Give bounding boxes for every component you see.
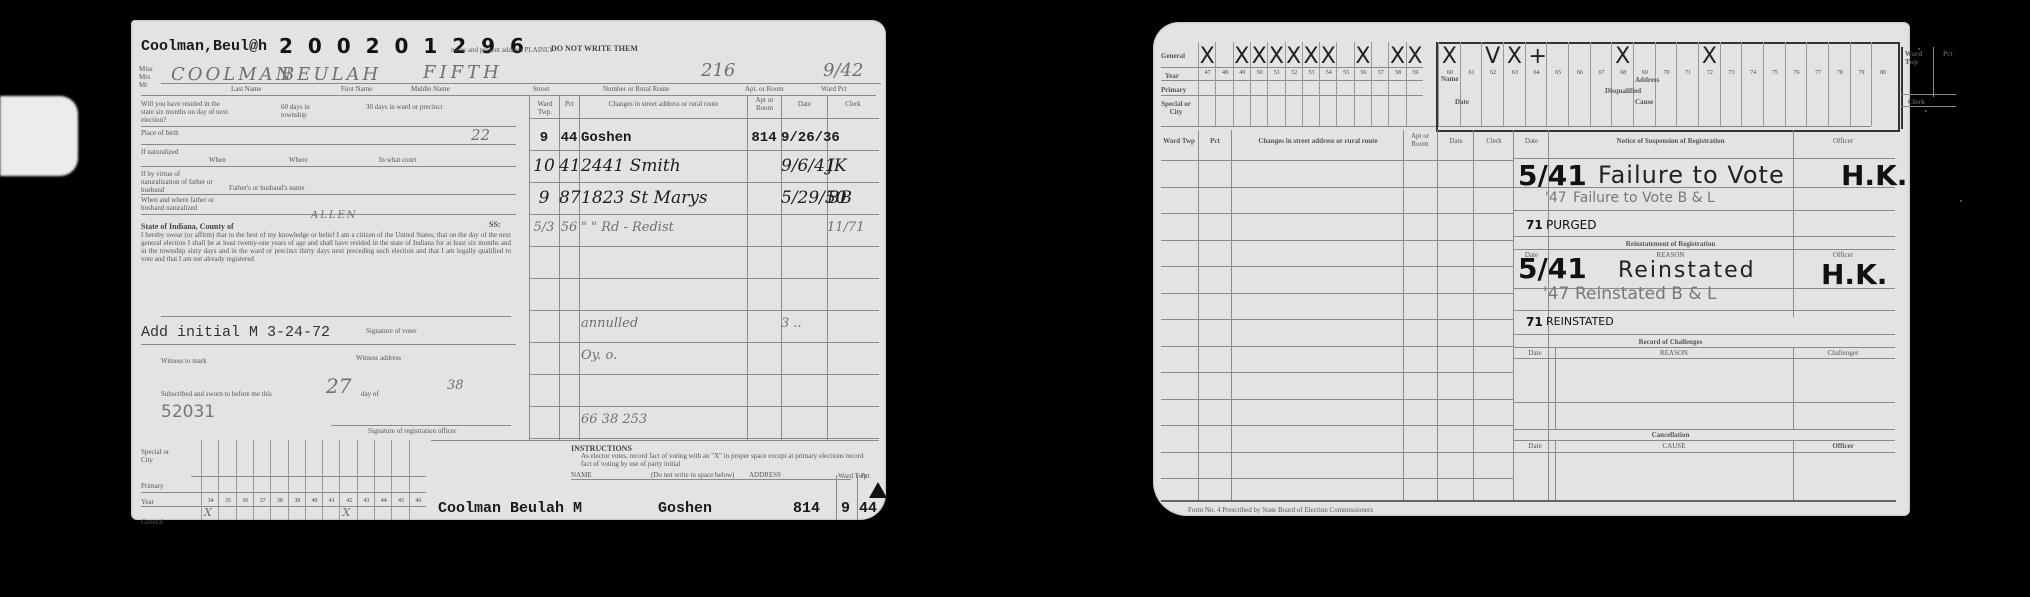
subscribed-day: 27 [326, 374, 351, 398]
front-vote-grid: 34X3536373839404142X43444546 [201, 440, 426, 520]
form-footer: Form No. 4 Prescribed by State Board of … [1188, 506, 1373, 514]
vote-column: 64+ [1525, 42, 1548, 126]
table-row-line [1161, 452, 1513, 453]
voter-registration-card-back: General Year Primary Special or City 47X… [1153, 22, 1910, 516]
general-vote-mark: X [1234, 44, 1249, 70]
table-row-line [1161, 399, 1513, 400]
year-label: 66 [1570, 70, 1590, 76]
header-pct: Pct [560, 100, 579, 108]
general-vote-mark: X [1269, 44, 1284, 70]
suspension-3-reason: PURGED [1546, 218, 1596, 232]
year-label: 70 [1656, 70, 1676, 76]
suspension-officer-label: Officer [1793, 137, 1893, 145]
cancellation-officer-label: Officer [1793, 442, 1893, 450]
year-label: 75 [1765, 70, 1785, 76]
year-label: 73 [1721, 70, 1741, 76]
disq-address-label: Address [1635, 76, 1659, 84]
table-row: annulled3 .. [529, 310, 879, 343]
vote-column: 76 [1785, 42, 1808, 126]
cell-ward: 9 [529, 130, 559, 146]
vote-column: 36 [236, 440, 254, 520]
vote-column: 39 [288, 440, 306, 520]
cell-address: annulled [581, 316, 746, 331]
back-header-address: Changes in street address or rural route [1233, 137, 1403, 145]
vote-column: 51X [1267, 42, 1285, 126]
vote-column: 57 [1371, 42, 1389, 126]
year-label: 61 [1461, 70, 1481, 76]
cell-address: Oy. o. [581, 348, 746, 363]
label-when: When [209, 156, 226, 164]
last-name-value: COOLMAN [171, 64, 294, 85]
triangle-marker-icon [869, 482, 887, 498]
vote-column: 34X [201, 440, 219, 520]
row-label-year: Year [141, 498, 154, 506]
punch-hole [108, 464, 126, 482]
back-clerk-label: Clerk [1908, 98, 1925, 106]
table-row-line [1161, 425, 1513, 426]
table-row-line [1161, 240, 1513, 241]
row-label-general: General [141, 518, 163, 526]
table-row: 5/356" " Rd - Redist11/71 [529, 214, 879, 247]
cell-date: 5/29/50 [781, 188, 827, 208]
label-ward: Ward Pct [821, 85, 847, 93]
back-pct-label: Pct [1943, 50, 1953, 58]
adjacent-card-edge [0, 96, 78, 176]
table-row: 944Goshen8149/26/36 [529, 118, 879, 151]
q-state-residence: Will you have resided in the state six m… [141, 100, 231, 124]
suspension-2-reason: Failure to Vote B & L [1573, 190, 1715, 206]
vote-column: 50X [1250, 42, 1268, 126]
general-vote-mark: X [1390, 44, 1405, 70]
reinstatement-1-reason: Reinstated [1618, 258, 1756, 283]
disq-disqualified-label: Disqualified [1605, 87, 1641, 95]
vote-column: 40 [305, 440, 323, 520]
header-instruction: name and present address PLAINLY [451, 46, 554, 54]
vote-column: 71 [1676, 42, 1699, 126]
vote-column: 62V [1481, 42, 1504, 126]
table-row [529, 278, 879, 311]
cancellation-cause-label: CAUSE [1555, 442, 1793, 450]
vote-column: 60X [1438, 42, 1461, 126]
reinstatement-3-reason: REINSTATED [1546, 315, 1614, 328]
vote-column: 43 [357, 440, 375, 520]
vote-column: 72X [1698, 42, 1721, 126]
cell-pct: 56 [559, 220, 579, 235]
general-vote-mark: X [1200, 44, 1215, 70]
reinstatement-title: Reinstatement of Registration [1548, 240, 1793, 248]
age-value: 22 [471, 126, 490, 144]
vote-column: 59X [1406, 42, 1424, 126]
general-vote-mark: X [1321, 44, 1336, 70]
row-label-primary: Primary [141, 482, 164, 490]
year-label: 46 [408, 498, 428, 504]
vote-column: 74 [1741, 42, 1764, 126]
vote-column: 37 [253, 440, 271, 520]
cell-address: " " Rd - Redist [581, 220, 746, 235]
label-footer-pct: Pct [861, 472, 870, 480]
header-apt: Apt or Room [748, 96, 781, 112]
footer-address: Goshen [658, 500, 712, 517]
cell-address: 1823 St Marys [581, 188, 746, 208]
vote-column: 61 [1460, 42, 1483, 126]
reinstatement-1-date: 5/41 [1518, 252, 1587, 285]
year-label: 67 [1591, 70, 1611, 76]
cell-address: 2441 Smith [581, 156, 746, 176]
back-header-clerk: Clerk [1475, 137, 1513, 145]
header-notice: DO NOT WRITE THEM [551, 44, 638, 53]
year-label: 78 [1830, 70, 1850, 76]
year-label: 77 [1808, 70, 1828, 76]
cancellation-date-label: Date [1515, 442, 1555, 450]
back-vote-grid-1960-1980: 60X6162V63X64+65666768X69707172X73747576… [1438, 42, 1893, 126]
year-label: 64 [1526, 70, 1546, 76]
ward-pct-value: 9/42 [823, 60, 863, 81]
vote-column: 69 [1633, 42, 1656, 126]
disq-cause-label: Cause [1635, 98, 1653, 106]
label-subscribed: Subscribed and sworn to before me this [161, 390, 272, 398]
vote-column: 68X [1611, 42, 1634, 126]
disq-name-label: Name [1441, 75, 1459, 83]
year-label: 63 [1505, 70, 1525, 76]
back-header-apt: Apt or Room [1405, 132, 1435, 148]
table-row-line [1161, 213, 1513, 214]
footer-name: Coolman Beulah M [438, 500, 582, 517]
challenges-date-label: Date [1515, 349, 1555, 357]
table-row [529, 374, 879, 407]
year-label: 59 [1405, 70, 1425, 76]
reinstatement-1-officer: H.K. [1821, 258, 1887, 291]
back-header-date: Date [1439, 137, 1473, 145]
typed-name: Coolman,Beul@h [141, 38, 267, 55]
vote-column: 54X [1319, 42, 1337, 126]
back-header-ward: Ward Twp [1161, 137, 1197, 145]
vote-column: 46 [409, 440, 427, 520]
vote-column: 44 [374, 440, 392, 520]
table-row-line [1161, 266, 1513, 267]
table-row: Oy. o. [529, 342, 879, 375]
cell-ward: 5/3 [529, 220, 559, 235]
vote-column: 67 [1590, 42, 1613, 126]
year-label: 74 [1743, 70, 1763, 76]
year-label: 80 [1873, 70, 1893, 76]
label-apt: Apt. or Room [745, 85, 784, 93]
vote-column: 47X [1198, 42, 1216, 126]
footer-number: 814 [793, 500, 820, 517]
cell-pct: 87 [559, 188, 579, 208]
vote-column: 48 [1215, 42, 1233, 126]
suspension-title: Notice of Suspension of Registration [1548, 137, 1793, 145]
table-row: 9871823 St Marys5/29/50BB [529, 182, 879, 215]
label-registration-officer: Signature of registration officer [368, 427, 456, 435]
general-vote-mark: X [1507, 44, 1522, 70]
annotation-add-initial: Add initial M 3-24-72 [141, 324, 330, 341]
title-mr: Mr [139, 81, 148, 89]
label-place-of-birth: Place of birth [141, 129, 181, 137]
table-row-line [1161, 187, 1513, 188]
footer-pct: 44 [859, 500, 877, 517]
header-address-change: Changes in street address or rural route [581, 100, 746, 108]
vote-column: 80 [1871, 42, 1894, 126]
general-vote-mark: X [1702, 44, 1717, 70]
table-row-line [1161, 478, 1513, 479]
year-label: 65 [1548, 70, 1568, 76]
q-ward-residence: 30 days in ward or precinct [366, 103, 446, 111]
house-number-value: 216 [701, 60, 735, 81]
label-first-name: First Name [341, 85, 372, 93]
cell-clerk: JK [827, 156, 877, 176]
header-ward: Ward Twp. [531, 100, 559, 116]
title-mrs: Mrs [139, 73, 150, 81]
cell-date: 3 .. [781, 316, 827, 331]
label-naturalized: If naturalized [141, 148, 181, 156]
table-row-line [1161, 160, 1513, 161]
suspension-date-label: Date [1515, 137, 1548, 145]
vote-column: 63X [1503, 42, 1526, 126]
cell-ward: 10 [529, 156, 559, 176]
label-middle-name: Middle Name [411, 85, 450, 93]
label-last-name: Last Name [231, 85, 262, 93]
challenges-reason-label: REASON [1555, 349, 1793, 357]
vote-column: 77 [1806, 42, 1829, 126]
row-label-special: Special or City [141, 448, 171, 464]
row-label-year-back: Year [1165, 72, 1179, 80]
label-where-father-naturalized: When and where father or husband natural… [141, 196, 236, 212]
label-day-of: day of [361, 390, 379, 398]
label-footer-address: ADDRESS [749, 471, 781, 479]
general-vote-mark: X [1286, 44, 1301, 70]
voter-registration-card-front: Coolman,Beul@h 2 0 0 2 0 1 2 9 6 name an… [131, 20, 886, 520]
reinstatement-3-date: 71 [1526, 315, 1543, 329]
cell-pct: 44 [559, 130, 579, 146]
cell-clerk: 11/71 [827, 220, 877, 235]
cell-address: Goshen [581, 130, 746, 146]
vote-column: 38 [270, 440, 288, 520]
cell-pct: 41 [559, 156, 579, 176]
cell-date: 9/26/36 [781, 130, 827, 146]
general-vote-mark: X [1442, 44, 1457, 70]
table-row-line [1161, 319, 1513, 320]
table-row [529, 246, 879, 279]
general-vote-mark: X [342, 506, 350, 519]
cell-date: 9/6/41 [781, 156, 827, 176]
table-row-line [1161, 372, 1513, 373]
row-label-general-back: General [1161, 52, 1185, 60]
vote-column: 78 [1828, 42, 1851, 126]
vote-column: 35 [218, 440, 236, 520]
label-number: Number or Rural Route [603, 85, 669, 93]
oath-text: I hereby swear (or affirm) that to the b… [141, 231, 511, 263]
instructions-text: As elector votes, record fact of voting … [581, 452, 871, 468]
first-name-value: BEULAH [281, 64, 381, 85]
stamp-number: 52031 [161, 402, 215, 422]
q-township-residence: 60 days in township [281, 103, 336, 119]
year-label: 79 [1851, 70, 1871, 76]
row-label-special-back: Special or City [1159, 100, 1193, 116]
vote-column: 75 [1763, 42, 1786, 126]
county-value: ALLEN [311, 210, 358, 221]
subscribed-year: 38 [447, 378, 464, 393]
year-label: 76 [1786, 70, 1806, 76]
cell-clerk: BB [827, 188, 877, 208]
footer-ward: 9 [841, 500, 850, 517]
header-clerk: Clerk [828, 100, 878, 108]
vote-column: 53X [1302, 42, 1320, 126]
general-vote-mark: X [1407, 44, 1422, 70]
vote-column: 58X [1388, 42, 1406, 126]
cell-address: 66 38 253 [581, 412, 746, 427]
vote-column: 55 [1336, 42, 1354, 126]
label-footer-name: NAME [571, 471, 592, 479]
challenges-challenger-label: Challenger [1793, 349, 1893, 357]
vote-column: 41 [322, 440, 340, 520]
suspension-3-date: 71 [1526, 218, 1543, 232]
table-row: 10412441 Smith9/6/41JK [529, 150, 879, 183]
general-vote-mark: X [204, 506, 212, 519]
cancellation-title: Cancellation [1548, 431, 1793, 439]
vote-column: 52X [1285, 42, 1303, 126]
row-label-primary-back: Primary [1161, 86, 1186, 94]
vote-column: 45 [391, 440, 409, 520]
back-ward-label: Ward Twp [1905, 50, 1925, 66]
vote-column: 70 [1655, 42, 1678, 126]
year-label: 62 [1483, 70, 1503, 76]
reinstatement-2-reason: Reinstated B & L [1575, 284, 1716, 304]
vote-column: 56X [1354, 42, 1372, 126]
vote-column: 65 [1546, 42, 1569, 126]
vote-column: 79 [1850, 42, 1873, 126]
label-do-not-write: (Do not write in space below) [651, 471, 734, 479]
year-label: 72 [1700, 70, 1720, 76]
suspension-1-reason: Failure to Vote [1598, 161, 1785, 189]
general-vote-mark: + [1528, 44, 1546, 70]
cell-apt: 814 [747, 130, 781, 146]
ss-label: SS: [489, 220, 501, 229]
label-where: Where [289, 156, 308, 164]
back-header-pct: Pct [1199, 137, 1231, 145]
reinstatement-2-date: '47 [1543, 284, 1569, 304]
label-father-name: Father's or husband's name [229, 184, 304, 192]
vote-column: 49X [1233, 42, 1251, 126]
back-vote-grid-1947-1959: 47X4849X50X51X52X53X54X5556X5758X59X [1198, 42, 1423, 126]
general-vote-mark: X [1303, 44, 1318, 70]
general-vote-mark: X [1355, 44, 1370, 70]
label-court: In what court [379, 156, 416, 164]
label-father-naturalization: If by virtue of naturalization of father… [141, 170, 216, 194]
cell-ward: 9 [529, 188, 559, 208]
state-county-line: State of Indiana, County of [141, 222, 234, 231]
label-signature-voter: Signature of voter [366, 327, 417, 335]
disq-date-label: Date [1455, 98, 1469, 106]
label-witness-address: Witness address [356, 354, 401, 362]
label-street: Street [533, 85, 549, 93]
table-row-line [1161, 346, 1513, 347]
header-date: Date [782, 100, 827, 108]
general-vote-mark: V [1485, 44, 1500, 70]
year-label: 68 [1613, 70, 1633, 76]
table-row-line [1161, 293, 1513, 294]
general-vote-mark: X [1615, 44, 1630, 70]
vote-column: 42X [339, 440, 357, 520]
street-value: FIFTH [423, 62, 503, 83]
vote-column: 66 [1568, 42, 1591, 126]
general-vote-mark: X [1252, 44, 1267, 70]
table-row: 66 38 253 [529, 406, 879, 439]
suspension-2-date: '47 [1545, 190, 1567, 206]
label-witness: Witness to mark [161, 357, 207, 365]
year-label: 71 [1678, 70, 1698, 76]
challenges-title: Record of Challenges [1548, 338, 1793, 346]
title-miss: Miss [139, 65, 153, 73]
vote-column: 73 [1720, 42, 1743, 126]
